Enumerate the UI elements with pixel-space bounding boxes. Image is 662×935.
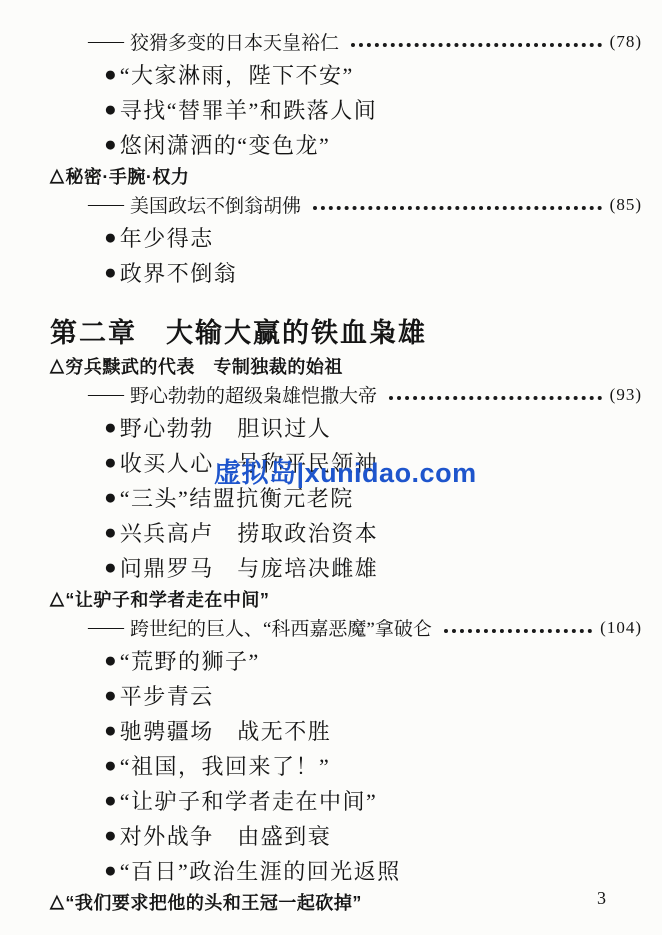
toc-entry-bullet: ●“祖国，我回来了！” <box>0 748 642 783</box>
bullet-icon: ● <box>104 415 117 440</box>
entry-label: 秘密·手腕·权力 <box>65 163 189 189</box>
toc-entry-triangle: △“让驴子和学者走在中间” <box>0 585 642 612</box>
entry-label: “祖国，我回来了！” <box>120 750 331 781</box>
entry-label: 寻找“替罪羊”和跌落人间 <box>120 94 378 125</box>
toc-entry-bullet: ●驰骋疆场 战无不胜 <box>0 713 642 748</box>
bullet-icon: ● <box>104 823 117 848</box>
entry-label: “大家淋雨，陛下不安” <box>120 59 354 90</box>
bullet-icon: ● <box>104 520 117 545</box>
bullet-icon: ● <box>104 97 117 122</box>
toc-entry-bullet: ●问鼎罗马 与庞培决雌雄 <box>0 550 642 585</box>
triangle-marker: △ <box>50 355 64 376</box>
dot-leader <box>389 396 602 400</box>
bullet-icon: ● <box>104 718 117 743</box>
bullet-icon: ● <box>104 225 117 250</box>
entry-label: 跨世纪的巨人、“科西嘉恶魔”拿破仑 <box>130 614 432 641</box>
entry-label: “百日”政治生涯的回光返照 <box>120 855 401 886</box>
toc-entry-bullet: ●“荒野的狮子” <box>0 643 642 678</box>
toc-entry-bullet: ●兴兵高卢 捞取政治资本 <box>0 515 642 550</box>
entry-label: 平步青云 <box>120 680 214 711</box>
page-ref: (93) <box>610 385 642 405</box>
entry-label: 悠闲潇洒的“变色龙” <box>120 129 331 160</box>
toc-entry-triangle: △秘密·手腕·权力 <box>0 162 642 189</box>
toc-entry-bullet: ●年少得志 <box>0 220 642 255</box>
entry-label: 政界不倒翁 <box>120 257 238 288</box>
bullet-icon: ● <box>104 753 117 778</box>
bullet-icon: ● <box>104 132 117 157</box>
entry-label: 对外战争 由盛到衰 <box>120 820 332 851</box>
bullet-icon: ● <box>104 450 117 475</box>
toc-entry-dash: ——跨世纪的巨人、“科西嘉恶魔”拿破仑(104) <box>0 612 642 643</box>
entry-label: 驰骋疆场 战无不胜 <box>120 715 332 746</box>
entry-label: 穷兵黩武的代表 专制独裁的始祖 <box>65 353 343 379</box>
page-ref: (78) <box>610 32 642 52</box>
dot-leader <box>444 629 592 633</box>
toc-entry-triangle: △“我们要求把他的头和王冠一起砍掉” <box>0 888 642 915</box>
entry-label: 野心勃勃的超级枭雄恺撒大帝 <box>130 381 377 408</box>
bullet-icon: ● <box>104 858 117 883</box>
entry-label: “让驴子和学者走在中间” <box>65 586 269 612</box>
entry-label: “荒野的狮子” <box>120 645 260 676</box>
toc-entry-chapter: 第二章 大输大赢的铁血枭雄 <box>0 308 642 352</box>
scanned-book-page: ——狡猾多变的日本天皇裕仁(78)●“大家淋雨，陛下不安”●寻找“替罪羊”和跌落… <box>0 0 662 935</box>
toc-entry-bullet: ●悠闲潇洒的“变色龙” <box>0 127 642 162</box>
toc-entry-bullet: ●野心勃勃 胆识过人 <box>0 410 642 445</box>
toc-entry-bullet: ●对外战争 由盛到衰 <box>0 818 642 853</box>
entry-label: “让驴子和学者走在中间” <box>120 785 378 816</box>
triangle-marker: △ <box>50 165 64 186</box>
toc-entry-bullet: ●寻找“替罪羊”和跌落人间 <box>0 92 642 127</box>
dash-marker: —— <box>88 384 122 406</box>
triangle-marker: △ <box>50 588 64 609</box>
bullet-icon: ● <box>104 788 117 813</box>
dash-marker: —— <box>88 194 122 216</box>
dot-leader <box>351 43 602 47</box>
bullet-icon: ● <box>104 260 117 285</box>
page-ref: (85) <box>610 195 642 215</box>
dash-marker: —— <box>88 617 122 639</box>
bullet-icon: ● <box>104 648 117 673</box>
toc-entry-dash: ——美国政坛不倒翁胡佛(85) <box>0 189 642 220</box>
toc-entry-bullet: ●政界不倒翁 <box>0 255 642 290</box>
entry-label: “我们要求把他的头和王冠一起砍掉” <box>65 889 362 915</box>
entry-label: 问鼎罗马 与庞培决雌雄 <box>120 552 379 583</box>
bullet-icon: ● <box>104 555 117 580</box>
dash-marker: —— <box>88 31 122 53</box>
page-number: 3 <box>597 888 606 909</box>
toc-entry-bullet: ●平步青云 <box>0 678 642 713</box>
bullet-icon: ● <box>104 683 117 708</box>
toc-entry-dash: ——狡猾多变的日本天皇裕仁(78) <box>0 26 642 57</box>
bullet-icon: ● <box>104 485 117 510</box>
page-ref: (104) <box>600 618 642 638</box>
dot-leader <box>313 206 602 210</box>
toc-entry-bullet: ●“百日”政治生涯的回光返照 <box>0 853 642 888</box>
toc-entry-bullet: ●“让驴子和学者走在中间” <box>0 783 642 818</box>
entry-label: 兴兵高卢 捞取政治资本 <box>120 517 379 548</box>
bullet-icon: ● <box>104 62 117 87</box>
watermark: 虚拟岛|xunidao.com <box>214 451 477 490</box>
entry-label: 狡猾多变的日本天皇裕仁 <box>130 28 339 55</box>
entry-label: 野心勃勃 胆识过人 <box>120 412 332 443</box>
triangle-marker: △ <box>50 891 64 912</box>
chapter-title: 第二章 大输大赢的铁血枭雄 <box>50 311 427 350</box>
entry-label: 美国政坛不倒翁胡佛 <box>130 191 301 218</box>
toc-entry-bullet: ●“大家淋雨，陛下不安” <box>0 57 642 92</box>
toc-entry-triangle: △穷兵黩武的代表 专制独裁的始祖 <box>0 352 642 379</box>
entry-label: 年少得志 <box>120 222 214 253</box>
toc-entry-dash: ——野心勃勃的超级枭雄恺撒大帝(93) <box>0 379 642 410</box>
